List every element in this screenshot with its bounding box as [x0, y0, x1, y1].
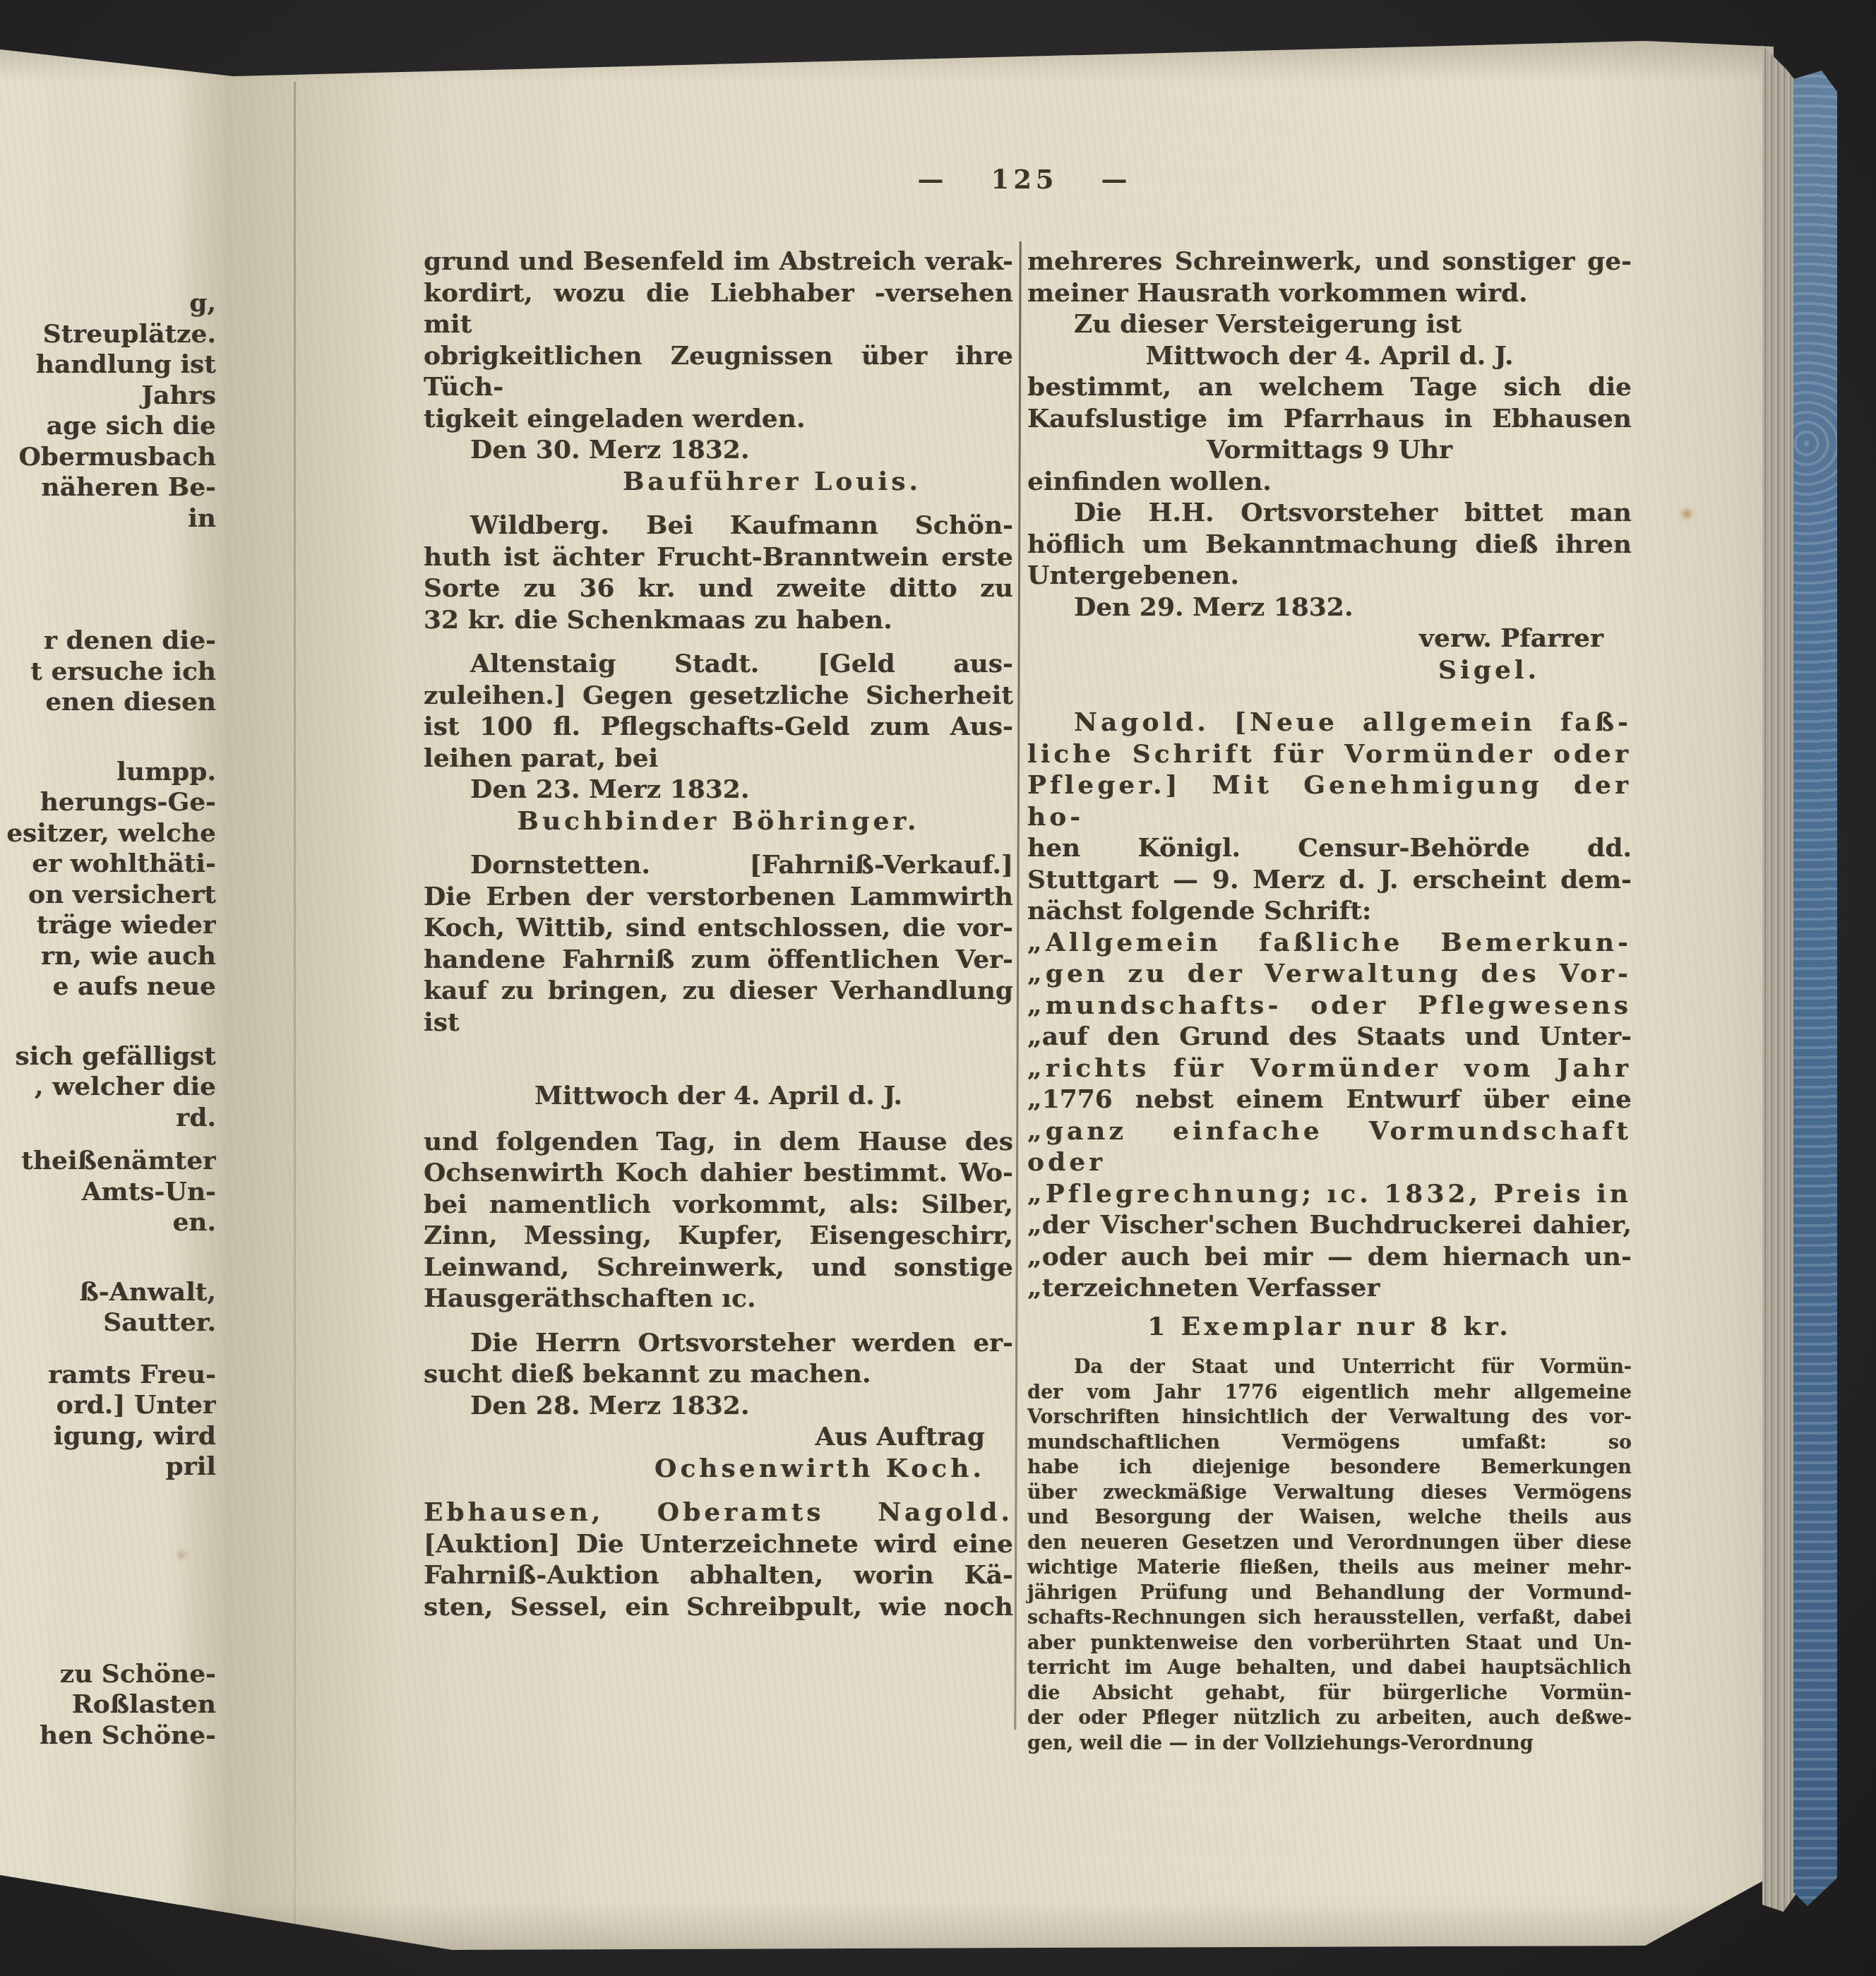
- text-line: herungs-Ge-: [0, 787, 216, 818]
- text-line: „1776 nebst einem Entwurf über eine: [1027, 1084, 1632, 1115]
- text-line: Ochsenwirth Koch dahier bestimmt. Wo-: [424, 1157, 1013, 1189]
- text-line: kauf zu bringen, zu dieser Verhandlung: [424, 975, 1013, 1007]
- text-line: Streuplätze.: [0, 319, 216, 350]
- text-line: Ochsenwirth Koch.: [424, 1453, 1013, 1485]
- text-line: terricht im Auge behalten, und dabei hau…: [1027, 1655, 1632, 1681]
- text-line: Sorte zu 36 kr. und zweite ditto zu: [424, 573, 1013, 604]
- text-line: wichtige Materie fließen, theils aus mei…: [1027, 1555, 1632, 1581]
- text-line: pril: [0, 1451, 216, 1483]
- text-line: sucht dieß bekannt zu machen.: [424, 1358, 1013, 1390]
- text-line: 32 kr. die Schenkmaas zu haben.: [424, 604, 1013, 636]
- text-line: „oder auch bei mir — dem hiernach un-: [1027, 1241, 1632, 1273]
- text-line: Da der Staat und Unterricht für Vormün-: [1027, 1355, 1632, 1380]
- text-line: die Absicht gehabt, für bürgerliche Vorm…: [1027, 1681, 1632, 1706]
- text-line: huth ist ächter Frucht-Branntwein erste: [424, 541, 1013, 573]
- text-line: „der Vischer'schen Buchdruckerei dahier,: [1027, 1209, 1632, 1241]
- text-line: meiner Hausrath vorkommen wird.: [1027, 277, 1632, 309]
- text-line: obrigkeitlichen Zeugnissen über ihre Tüc…: [424, 340, 1013, 403]
- text-line: theißenämter: [0, 1146, 216, 1177]
- text-line: Den 29. Merz 1832.: [1027, 592, 1632, 623]
- gutter-fold-shadow: [294, 82, 296, 1946]
- text-line: liche Schrift für Vormünder oder: [1027, 738, 1632, 770]
- text-line: „richts für Vormünder vom Jahr: [1027, 1053, 1632, 1084]
- text-line: habe ich diejenige besondere Bemerkungen: [1027, 1455, 1632, 1480]
- text-line: und folgenden Tag, in dem Hause des: [424, 1126, 1013, 1158]
- text-line: r denen die-: [0, 625, 216, 657]
- text-line: der oder Pfleger nützlich zu arbeiten, a…: [1027, 1706, 1632, 1731]
- text-line: Amts-Un-: [0, 1177, 216, 1208]
- text-line: Den 30. Merz 1832.: [424, 434, 1013, 466]
- text-line: Vormittags 9 Uhr: [1027, 434, 1632, 466]
- text-line: rn, wie auch: [0, 941, 216, 972]
- text-line: Jahrs: [0, 381, 216, 412]
- text-line: Mittwoch der 4. April d. J.: [424, 1080, 1013, 1112]
- paper-stain: [1682, 510, 1692, 518]
- paper-stain: [178, 1552, 185, 1558]
- photo-background: g,Streuplätze.handlung istJahrsage sich …: [0, 0, 1876, 1976]
- text-line: Die H.H. Ortsvorsteher bittet man: [1027, 497, 1632, 529]
- text-line: esitzer, welche: [0, 818, 216, 849]
- text-line: einfinden wollen.: [1027, 466, 1632, 498]
- text-line: hen Schöne-: [0, 1720, 216, 1752]
- text-line: träge wieder: [0, 910, 216, 941]
- text-line: Wildberg. Bei Kaufmann Schön-: [424, 510, 1013, 541]
- text-line: gen, weil die — in der Vollziehungs-Vero…: [1027, 1731, 1632, 1756]
- text-line: näheren Be-: [0, 472, 216, 503]
- text-line: „Pflegrechnung; ıc. 1832, Preis in: [1027, 1178, 1632, 1210]
- left-page-fragments: g,Streuplätze.handlung istJahrsage sich …: [0, 288, 216, 1751]
- text-line: age sich die: [0, 411, 216, 442]
- text-line: ramts Freu-: [0, 1360, 216, 1391]
- text-line: g,: [0, 288, 216, 319]
- text-line: Untergebenen.: [1027, 560, 1632, 592]
- text-line: [Auktion] Die Unterzeichnete wird eine: [424, 1528, 1013, 1560]
- text-line: „terzeichneten Verfasser: [1027, 1272, 1632, 1304]
- text-line: sten, Sessel, ein Schreibpult, wie noch: [424, 1591, 1013, 1623]
- paper-stain: [753, 359, 759, 364]
- text-line: „ganz einfache Vormundschaft oder: [1027, 1115, 1632, 1178]
- text-line: sich gefälligst: [0, 1041, 216, 1072]
- text-line: Den 28. Merz 1832.: [424, 1390, 1013, 1422]
- column-right: mehreres Schreinwerk, und sonstiger ge-m…: [1027, 246, 1632, 1756]
- text-line: bestimmt, an welchem Tage sich die: [1027, 371, 1632, 403]
- text-line: Zinn, Messing, Kupfer, Eisengeschirr,: [424, 1220, 1013, 1252]
- text-line: igung, wird: [0, 1421, 216, 1452]
- text-line: er wohlthäti-: [0, 849, 216, 880]
- text-line: Vorschriften hinsichtlich der Verwaltung…: [1027, 1405, 1632, 1430]
- text-line: zuleihen.] Gegen gesetzliche Sicherheit: [424, 680, 1013, 712]
- text-line: Buchbinder Böhringer.: [424, 806, 1013, 837]
- text-line: Mittwoch der 4. April d. J.: [1027, 340, 1632, 372]
- book-cover-edge: [1793, 71, 1837, 1934]
- text-line: ord.] Unter: [0, 1390, 216, 1421]
- text-line: , welcher die: [0, 1072, 216, 1103]
- text-line: e aufs neue: [0, 971, 216, 1002]
- text-line: tigkeit eingeladen werden.: [424, 403, 1013, 435]
- text-line: ist 100 fl. Pflegschafts-Geld zum Aus-: [424, 711, 1013, 743]
- text-line: den neueren Gesetzen und Verordnungen üb…: [1027, 1531, 1632, 1556]
- text-line: „Allgemein faßliche Bemerkun-: [1027, 927, 1632, 959]
- text-line: Die Erben der verstorbenen Lammwirth: [424, 881, 1013, 913]
- text-line: ß-Anwalt,: [0, 1277, 216, 1308]
- text-line: Dornstetten. [Fahrniß-Verkauf.]: [424, 849, 1013, 881]
- text-line: aber punktenweise den vorberührten Staat…: [1027, 1631, 1632, 1656]
- text-line: Altenstaig Stadt. [Geld aus-: [424, 648, 1013, 680]
- text-line: und Besorgung der Waisen, welche theils …: [1027, 1505, 1632, 1531]
- text-line: jährigen Prüfung und Behandlung der Vorm…: [1027, 1581, 1632, 1606]
- text-line: Den 23. Merz 1832.: [424, 774, 1013, 806]
- text-line: Die Herrn Ortsvorsteher werden er-: [424, 1327, 1013, 1359]
- text-line: „auf den Grund des Staats und Unter-: [1027, 1021, 1632, 1053]
- text-line: schafts-Rechnungen sich herausstellen, v…: [1027, 1605, 1632, 1631]
- text-line: Roßlasten: [0, 1689, 216, 1720]
- text-line: verw. Pfarrer: [1027, 623, 1632, 654]
- text-line: leihen parat, bei: [424, 743, 1013, 774]
- text-line: t ersuche ich: [0, 657, 216, 688]
- text-line: „mundschafts- oder Pflegwesens: [1027, 990, 1632, 1022]
- text-line: „gen zu der Verwaltung des Vor-: [1027, 958, 1632, 990]
- text-line: Nagold. [Neue allgemein faß-: [1027, 707, 1632, 738]
- text-line: mundschaftlichen Vermögens umfaßt: so: [1027, 1430, 1632, 1456]
- text-line: Ebhausen, Oberamts Nagold.: [424, 1497, 1013, 1528]
- text-line: nächst folgende Schrift:: [1027, 895, 1632, 927]
- text-line: Sautter.: [0, 1307, 216, 1339]
- text-line: bei namentlich vorkommt, als: Silber,: [424, 1189, 1013, 1221]
- text-line: on versichert: [0, 880, 216, 911]
- text-line: Sigel.: [1027, 654, 1632, 686]
- text-line: Kaufslustige im Pfarrhaus in Ebhausen: [1027, 403, 1632, 435]
- text-line: über zweckmäßige Verwaltung dieses Vermö…: [1027, 1480, 1632, 1506]
- text-line: mehreres Schreinwerk, und sonstiger ge-: [1027, 246, 1632, 277]
- text-line: Bauführer Louis.: [424, 466, 1013, 498]
- text-line: Koch, Wittib, sind entschlossen, die vor…: [424, 912, 1013, 944]
- book-page-spread: g,Streuplätze.handlung istJahrsage sich …: [0, 40, 1774, 1950]
- text-line: handlung ist: [0, 349, 216, 381]
- text-line: handene Fahrniß zum öffentlichen Ver-: [424, 944, 1013, 976]
- text-line: Leinwand, Schreinwerk, und sonstige: [424, 1252, 1013, 1283]
- text-line: en.: [0, 1207, 216, 1238]
- text-line: kordirt, wozu die Liebhaber -versehen mi…: [424, 277, 1013, 340]
- text-line: Fahrniß-Auktion abhalten, worin Kä-: [424, 1559, 1013, 1591]
- text-line: Stuttgart — 9. Merz d. J. erscheint dem-: [1027, 864, 1632, 896]
- text-line: 1 Exemplar nur 8 kr.: [1027, 1311, 1632, 1343]
- text-line: Hausgeräthschaften ıc.: [424, 1283, 1013, 1315]
- page-number-header: — 125 —: [417, 164, 1632, 195]
- text-line: rd.: [0, 1103, 216, 1134]
- text-line: lumpp.: [0, 757, 216, 788]
- column-left: grund und Besenfeld im Abstreich verak-k…: [424, 246, 1013, 1622]
- text-line: Zu dieser Versteigerung ist: [1027, 309, 1632, 340]
- text-line: Obermusbach: [0, 442, 216, 473]
- text-line: ist: [424, 1007, 1013, 1038]
- text-line: Pfleger.] Mit Genehmigung der ho-: [1027, 770, 1632, 832]
- text-line: zu Schöne-: [0, 1659, 216, 1690]
- text-line: höflich um Bekanntmachung dieß ihren: [1027, 529, 1632, 561]
- text-line: Aus Auftrag: [424, 1421, 1013, 1453]
- text-line: hen Königl. Censur-Behörde dd.: [1027, 832, 1632, 864]
- column-divider-rule: [1014, 241, 1021, 1730]
- text-line: enen diesen: [0, 687, 216, 718]
- text-line: der vom Jahr 1776 eigentlich mehr allgem…: [1027, 1380, 1632, 1406]
- text-line: in: [0, 503, 216, 534]
- text-line: grund und Besenfeld im Abstreich verak-: [424, 246, 1013, 277]
